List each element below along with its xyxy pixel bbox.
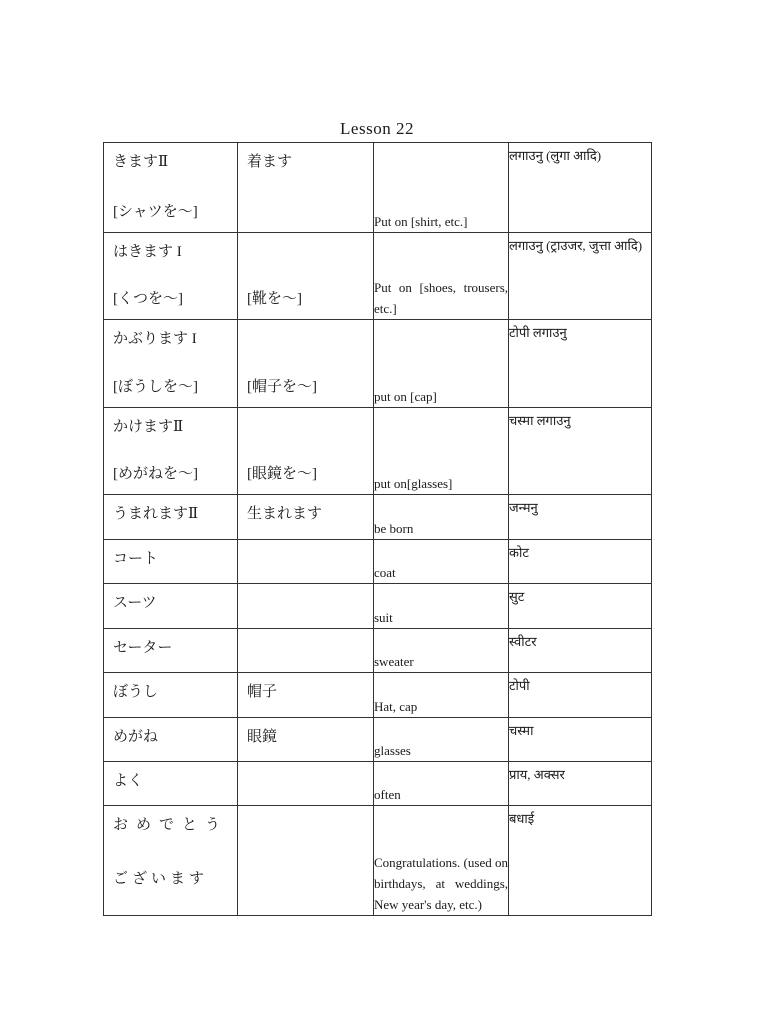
cell-japanese-kana: かけますⅡ [めがねを～] <box>104 408 238 495</box>
cell-japanese-kanji <box>238 584 374 629</box>
cell-japanese-kana: うまれますⅡ <box>104 495 238 540</box>
cell-english: Hat, cap <box>374 673 509 718</box>
cell-nepali: चस्मा <box>509 718 652 762</box>
kana-line-1: めがね <box>104 718 237 747</box>
kanji-line-2: [靴を～] <box>247 289 302 309</box>
document-page: Lesson 22 きますⅡ [シャツを～] 着ます Put on [shirt… <box>0 0 768 1024</box>
table-row: おめでとう ございます Congratulations. (used on bi… <box>104 806 652 916</box>
table-row: かけますⅡ [めがねを～] [眼鏡を～] put on[glasses] चस्… <box>104 408 652 495</box>
cell-english: glasses <box>374 718 509 762</box>
cell-japanese-kana: ぼうし <box>104 673 238 718</box>
cell-english: coat <box>374 540 509 584</box>
cell-japanese-kanji <box>238 806 374 916</box>
kana-line-1: スーツ <box>104 584 237 613</box>
kana-line-1: かけますⅡ <box>104 408 237 437</box>
cell-japanese-kanji: 着ます <box>238 143 374 233</box>
cell-english: Put on [shoes, trousers, etc.] <box>374 233 509 320</box>
table-row: スーツ suit सुट <box>104 584 652 629</box>
kana-line-2: [くつを～] <box>113 289 183 309</box>
kanji-line-1 <box>238 408 373 417</box>
kana-line-1: きますⅡ <box>104 143 237 172</box>
cell-nepali: चस्मा लगाउनु <box>509 408 652 495</box>
table-row: めがね 眼鏡 glasses चस्मा <box>104 718 652 762</box>
kana-line-2: [ぼうしを～] <box>113 377 198 397</box>
cell-nepali: स्वीटर <box>509 629 652 673</box>
kanji-line-1 <box>238 540 373 549</box>
kanji-line-1: 眼鏡 <box>238 718 373 747</box>
kana-line-1: コート <box>104 540 237 569</box>
kana-line-2: [シャツを～] <box>113 202 198 222</box>
cell-japanese-kanji: [眼鏡を～] <box>238 408 374 495</box>
cell-japanese-kanji: 帽子 <box>238 673 374 718</box>
cell-japanese-kana: セーター <box>104 629 238 673</box>
cell-english: put on[glasses] <box>374 408 509 495</box>
lesson-title: Lesson 22 <box>103 119 651 139</box>
kana-line-1: おめでとう <box>104 806 237 835</box>
cell-japanese-kana: めがね <box>104 718 238 762</box>
cell-english: sweater <box>374 629 509 673</box>
cell-english: often <box>374 762 509 806</box>
vocab-table: きますⅡ [シャツを～] 着ます Put on [shirt, etc.] लग… <box>103 142 652 916</box>
cell-japanese-kana: きますⅡ [シャツを～] <box>104 143 238 233</box>
kanji-line-1: 生まれます <box>238 495 373 524</box>
kanji-line-1 <box>238 584 373 593</box>
kanji-line-1 <box>238 806 373 815</box>
kana-line-1: はきます I <box>104 233 237 262</box>
cell-nepali: बधाई <box>509 806 652 916</box>
cell-english: Congratulations. (used on birthdays, at … <box>374 806 509 916</box>
table-row: よく often प्राय, अक्सर <box>104 762 652 806</box>
kanji-line-1 <box>238 320 373 329</box>
cell-nepali: टोपी लगाउनु <box>509 320 652 408</box>
cell-japanese-kanji <box>238 762 374 806</box>
cell-japanese-kana: スーツ <box>104 584 238 629</box>
cell-japanese-kanji: 眼鏡 <box>238 718 374 762</box>
kanji-line-1: 帽子 <box>238 673 373 702</box>
cell-japanese-kanji: 生まれます <box>238 495 374 540</box>
kana-line-2: [めがねを～] <box>113 464 198 484</box>
table-row: かぶります I [ぼうしを～] [帽子を～] put on [cap] टोपी… <box>104 320 652 408</box>
cell-japanese-kanji: [帽子を～] <box>238 320 374 408</box>
kanji-line-1: 着ます <box>238 143 373 172</box>
cell-nepali: जन्मनु <box>509 495 652 540</box>
cell-nepali: लगाउनु (ट्राउजर, जुत्ता आदि) <box>509 233 652 320</box>
kana-line-1: かぶります I <box>104 320 237 349</box>
cell-japanese-kanji: [靴を～] <box>238 233 374 320</box>
cell-japanese-kana: よく <box>104 762 238 806</box>
kanji-line-2: [眼鏡を～] <box>247 464 317 484</box>
cell-japanese-kana: はきます I [くつを～] <box>104 233 238 320</box>
table-row: きますⅡ [シャツを～] 着ます Put on [shirt, etc.] लग… <box>104 143 652 233</box>
cell-nepali: कोट <box>509 540 652 584</box>
cell-english: be born <box>374 495 509 540</box>
cell-english: Put on [shirt, etc.] <box>374 143 509 233</box>
table-row: コート coat कोट <box>104 540 652 584</box>
cell-nepali: प्राय, अक्सर <box>509 762 652 806</box>
vocab-table-body: きますⅡ [シャツを～] 着ます Put on [shirt, etc.] लग… <box>104 143 652 916</box>
kana-line-1: うまれますⅡ <box>104 495 237 524</box>
kanji-line-1 <box>238 762 373 771</box>
table-row: セーター sweater स्वीटर <box>104 629 652 673</box>
cell-nepali: टोपी <box>509 673 652 718</box>
cell-japanese-kana: おめでとう ございます <box>104 806 238 916</box>
cell-english: put on [cap] <box>374 320 509 408</box>
table-row: うまれますⅡ 生まれます be born जन्मनु <box>104 495 652 540</box>
cell-english: suit <box>374 584 509 629</box>
kana-line-1: セーター <box>104 629 237 658</box>
table-row: はきます I [くつを～] [靴を～] Put on [shoes, trous… <box>104 233 652 320</box>
kanji-line-1 <box>238 629 373 638</box>
kana-line-2: ございます <box>113 869 208 889</box>
cell-japanese-kanji <box>238 540 374 584</box>
cell-japanese-kana: コート <box>104 540 238 584</box>
kana-line-1: よく <box>104 762 237 791</box>
cell-japanese-kanji <box>238 629 374 673</box>
kanji-line-1 <box>238 233 373 242</box>
kana-line-1: ぼうし <box>104 673 237 702</box>
table-row: ぼうし 帽子 Hat, cap टोपी <box>104 673 652 718</box>
cell-nepali: सुट <box>509 584 652 629</box>
cell-japanese-kana: かぶります I [ぼうしを～] <box>104 320 238 408</box>
kanji-line-2: [帽子を～] <box>247 377 317 397</box>
cell-nepali: लगाउनु (लुगा आदि) <box>509 143 652 233</box>
